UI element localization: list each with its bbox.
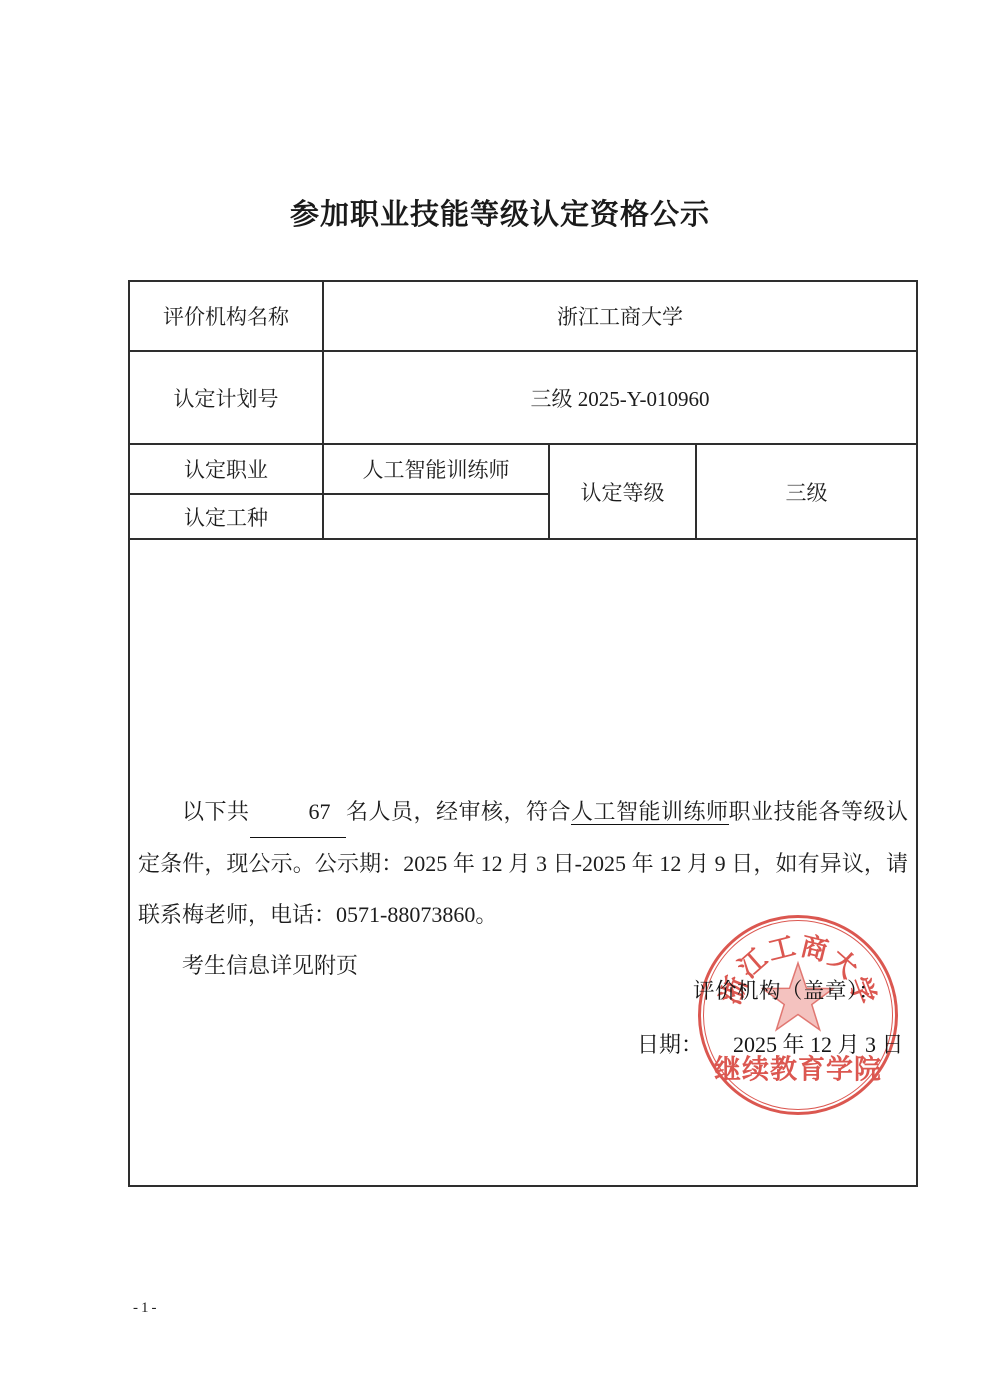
- table-row: 认定职业 人工智能训练师 认定等级 三级: [129, 444, 917, 494]
- notice-prefix: 以下共: [182, 799, 250, 824]
- occupation-label: 认定职业: [129, 444, 323, 494]
- signature-org-label: 评价机构（盖章）：: [693, 974, 880, 1005]
- date-value: 2025 年 12 月 3 日: [733, 1032, 904, 1057]
- level-value: 三级: [696, 444, 917, 539]
- notice-mid: 名人员，经审核，符合: [346, 799, 572, 824]
- page-title: 参加职业技能等级认定资格公示: [0, 192, 1000, 233]
- table-row: 评价机构名称 浙江工商大学: [129, 281, 917, 351]
- org-name-label: 评价机构名称: [129, 281, 323, 351]
- official-seal: 浙江工商大学 继续教育学院: [698, 915, 898, 1115]
- notice-occupation: 人工智能训练师: [571, 799, 729, 825]
- plan-number-value: 三级 2025-Y-010960: [323, 351, 917, 444]
- table-row: 认定计划号 三级 2025-Y-010960: [129, 351, 917, 444]
- plan-number-label: 认定计划号: [129, 351, 323, 444]
- candidate-count: 67: [250, 786, 346, 838]
- signature-date-line: 日期：2025 年 12 月 3 日: [637, 1028, 904, 1059]
- date-label: 日期：: [637, 1032, 703, 1057]
- document-page: 参加职业技能等级认定资格公示 评价机构名称 浙江工商大学 认定计划号 三级 20…: [0, 0, 1000, 1400]
- work-type-value: [323, 494, 549, 539]
- page-number: -1-: [133, 1300, 160, 1317]
- occupation-value: 人工智能训练师: [323, 444, 549, 494]
- work-type-label: 认定工种: [129, 494, 323, 539]
- level-label: 认定等级: [549, 444, 696, 539]
- org-name-value: 浙江工商大学: [323, 281, 917, 351]
